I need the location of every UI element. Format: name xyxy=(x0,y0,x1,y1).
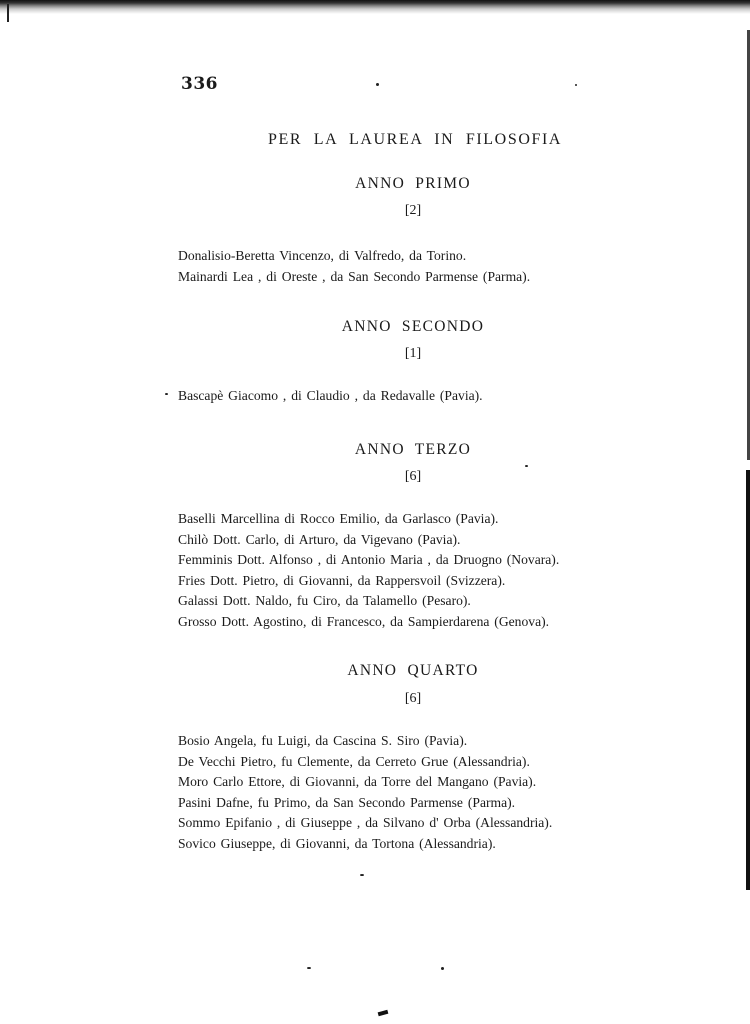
scan-speck xyxy=(575,84,577,86)
list-item: Fries Dott. Pietro, di Giovanni, da Rapp… xyxy=(178,571,559,592)
list-item: Bascapè Giacomo , di Claudio , da Redava… xyxy=(178,386,483,407)
list-item: Sommo Epifanio , di Giuseppe , da Silvan… xyxy=(178,813,552,834)
section-count-anno-quarto: [6] xyxy=(0,691,750,707)
entry-list-anno-secondo: Bascapè Giacomo , di Claudio , da Redava… xyxy=(178,386,483,407)
list-item: De Vecchi Pietro, fu Clemente, da Cerret… xyxy=(178,752,552,773)
scan-speck xyxy=(441,967,444,970)
scan-speck xyxy=(376,83,379,86)
list-item: Mainardi Lea , di Oreste , da San Second… xyxy=(178,267,530,288)
section-count-anno-primo: [2] xyxy=(0,203,750,219)
page-number: 336 xyxy=(181,74,218,94)
list-item: Bosio Angela, fu Luigi, da Cascina S. Si… xyxy=(178,731,552,752)
section-count-anno-terzo: [6] xyxy=(0,469,750,485)
list-item: Baselli Marcellina di Rocco Emilio, da G… xyxy=(178,509,559,530)
scan-footer-mark xyxy=(378,1010,389,1016)
scan-left-mark xyxy=(7,4,9,22)
section-heading-anno-secondo: ANNO SECONDO xyxy=(0,318,750,336)
scan-right-edge-lower xyxy=(746,470,750,890)
list-item: Galassi Dott. Naldo, fu Ciro, da Talamel… xyxy=(178,591,559,612)
scan-speck xyxy=(360,874,364,876)
list-item: Pasini Dafne, fu Primo, da San Secondo P… xyxy=(178,793,552,814)
section-count-anno-secondo: [1] xyxy=(0,346,750,362)
list-item: Sovico Giuseppe, di Giovanni, da Tortona… xyxy=(178,834,552,855)
list-item: Femminis Dott. Alfonso , di Antonio Mari… xyxy=(178,550,559,571)
entry-list-anno-terzo: Baselli Marcellina di Rocco Emilio, da G… xyxy=(178,509,559,632)
scan-top-border xyxy=(0,0,750,14)
list-item: Chilò Dott. Carlo, di Arturo, da Vigevan… xyxy=(178,530,559,551)
section-heading-anno-terzo: ANNO TERZO xyxy=(0,441,750,459)
page-title: PER LA LAUREA IN FILOSOFIA xyxy=(268,131,562,149)
scan-speck xyxy=(307,967,311,969)
scan-speck xyxy=(525,465,528,467)
list-item: Grosso Dott. Agostino, di Francesco, da … xyxy=(178,612,559,633)
entry-list-anno-primo: Donalisio-Beretta Vincenzo, di Valfredo,… xyxy=(178,246,530,287)
entry-list-anno-quarto: Bosio Angela, fu Luigi, da Cascina S. Si… xyxy=(178,731,552,854)
section-heading-anno-primo: ANNO PRIMO xyxy=(0,175,750,193)
section-heading-anno-quarto: ANNO QUARTO xyxy=(0,662,750,680)
scan-speck xyxy=(165,393,168,395)
list-item: Moro Carlo Ettore, di Giovanni, da Torre… xyxy=(178,772,552,793)
list-item: Donalisio-Beretta Vincenzo, di Valfredo,… xyxy=(178,246,530,267)
